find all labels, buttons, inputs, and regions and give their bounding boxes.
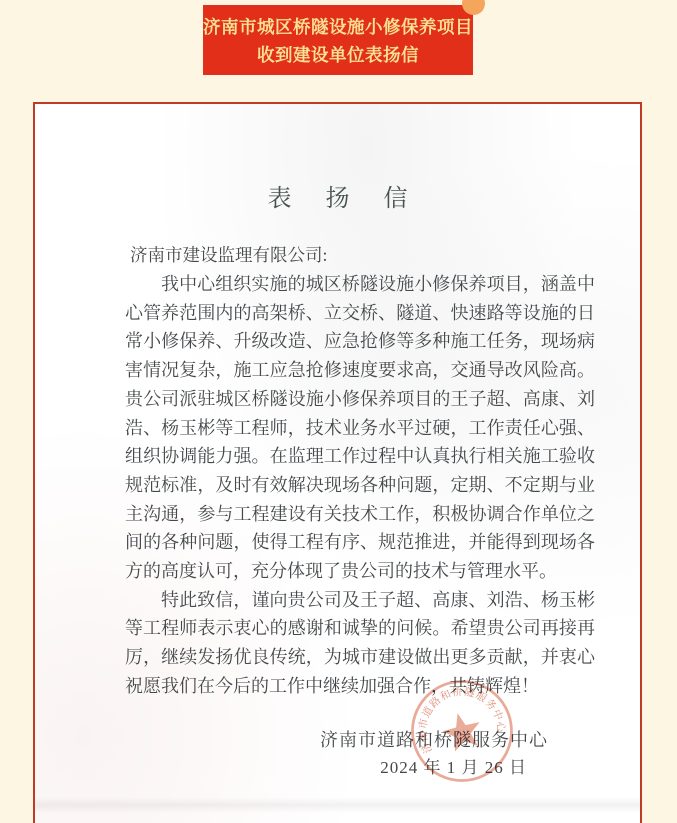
letter-salutation: 济南市建设监理有限公司: — [130, 242, 327, 267]
letter-paragraph-2: 特此致信，谨向贵公司及王子超、高康、刘浩、杨玉彬等工程师表示衷心的感谢和诚挚的问… — [125, 586, 595, 701]
article-page: 济南市城区桥隧设施小修保养项目 收到建设单位表扬信 表 扬 信 济南市建设监理有… — [0, 0, 677, 823]
letter-title: 表 扬 信 — [35, 178, 640, 213]
banner-title-line1: 济南市城区桥隧设施小修保养项目 — [203, 13, 473, 41]
banner-title-line2: 收到建设单位表扬信 — [203, 41, 473, 69]
letter-paragraph-1: 我中心组织实施的城区桥隧设施小修保养项目，涵盖中心管养范围内的高架桥、立交桥、隧… — [125, 270, 595, 586]
paper-shadow-smudge — [35, 797, 640, 813]
seal-star-icon — [439, 709, 485, 754]
commendation-letter-photo: 表 扬 信 济南市建设监理有限公司: 我中心组织实施的城区桥隧设施小修保养项目，… — [33, 102, 642, 823]
letter-body: 我中心组织实施的城区桥隧设施小修保养项目，涵盖中心管养范围内的高架桥、立交桥、隧… — [125, 270, 595, 701]
article-title-banner: 济南市城区桥隧设施小修保养项目 收到建设单位表扬信 — [203, 5, 473, 75]
